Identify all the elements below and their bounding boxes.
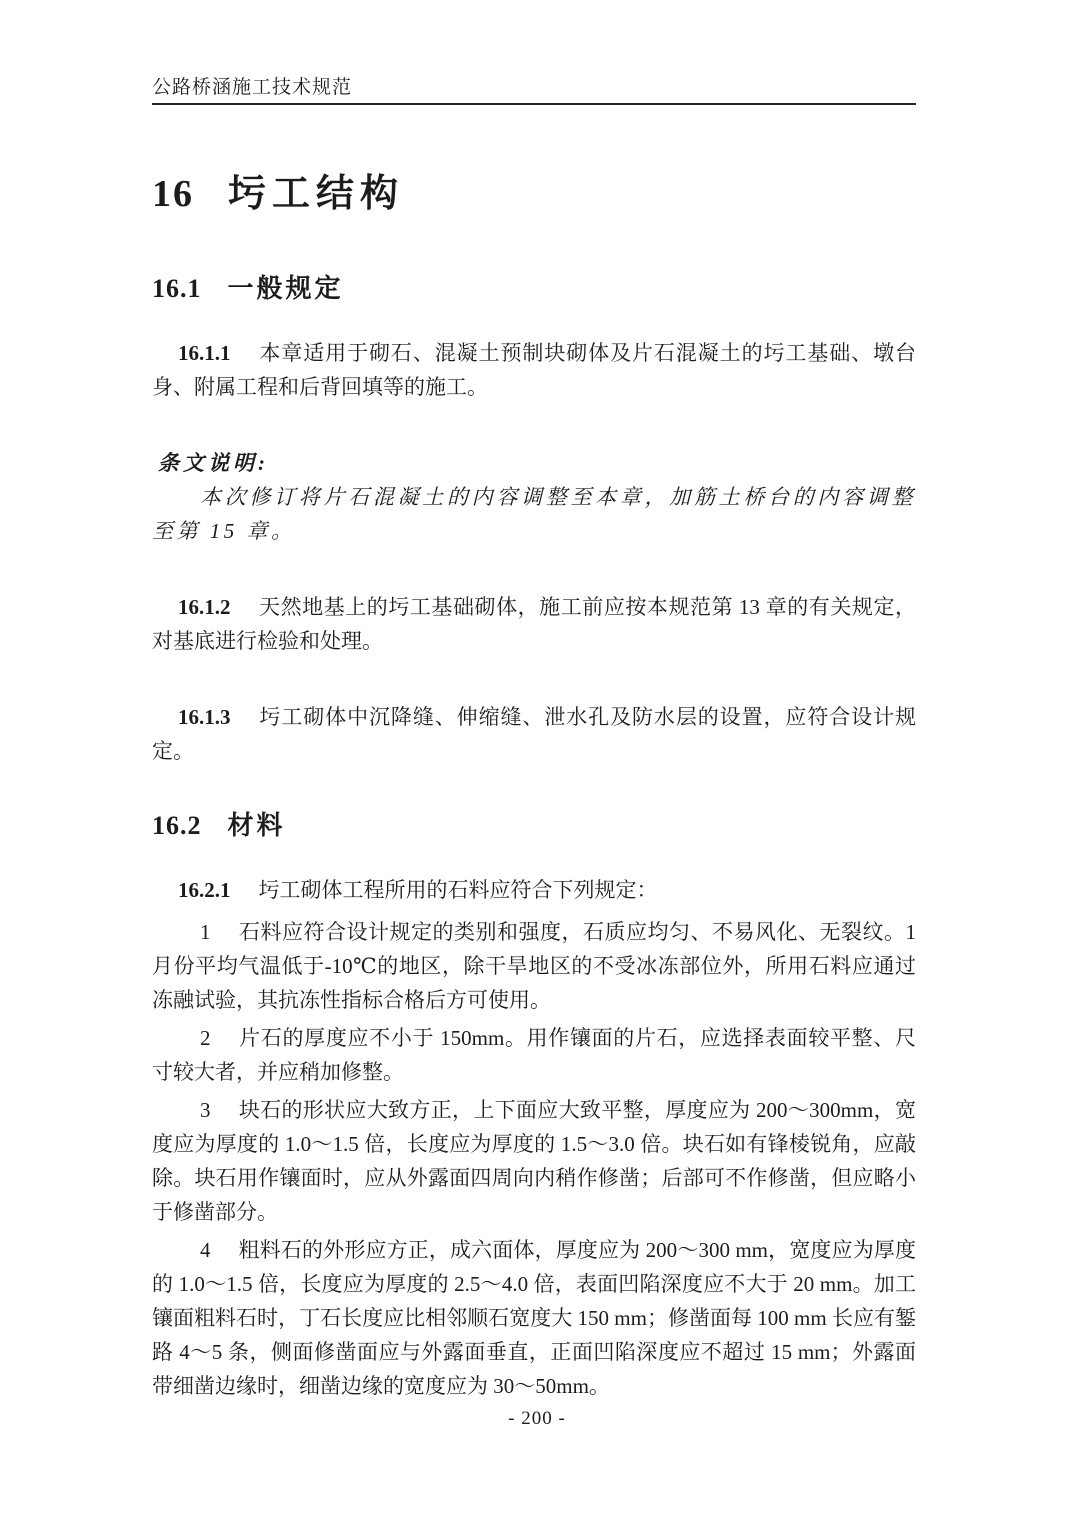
list-item-4: 4粗料石的外形应方正，成六面体，厚度应为 200～300 mm，宽度应为厚度的 … [152,1233,916,1403]
clause-16-1-3: 16.1.3圬工砌体中沉降缝、伸缩缝、泄水孔及防水层的设置，应符合设计规定。 [152,700,916,768]
section-16-1-title: 一般规定 [228,273,344,303]
list-item-1-number: 1 [200,920,211,944]
list-item-1-text: 石料应符合设计规定的类别和强度，石质应均匀、不易风化、无裂纹。1 月份平均气温低… [152,920,916,1012]
section-heading-16-1: 16.1一般规定 [152,273,916,304]
section-16-2-number: 16.2 [152,811,202,840]
list-item-3-text: 块石的形状应大致方正，上下面应大致平整，厚度应为 200～300mm，宽度应为厚… [152,1098,916,1224]
page-number: - 200 - [508,1408,566,1429]
list-item-1: 1石料应符合设计规定的类别和强度，石质应均匀、不易风化、无裂纹。1 月份平均气温… [152,915,916,1017]
clause-16-1-2-text: 天然地基上的圬工基础砌体，施工前应按本规范第 13 章的有关规定，对基底进行检验… [152,595,916,653]
running-header-title: 公路桥涵施工技术规范 [152,77,352,98]
clause-16-1-2-number: 16.1.2 [178,595,231,619]
clause-16-1-1-text: 本章适用于砌石、混凝土预制块砌体及片石混凝土的圬工基础、墩台身、附属工程和后背回… [152,341,916,399]
commentary-label: 条文说明: [152,446,916,480]
page-footer: - 200 - [0,1408,1074,1430]
running-header: 公路桥涵施工技术规范 [152,0,916,105]
list-item-3-number: 3 [200,1098,211,1122]
list-item-4-number: 4 [200,1238,211,1262]
section-16-2-title: 材料 [228,810,286,840]
clause-16-2-1-number: 16.2.1 [178,878,231,902]
page-content: 公路桥涵施工技术规范 16圬工结构 16.1一般规定 16.1.1本章适用于砌石… [152,0,916,1403]
chapter-heading: 16圬工结构 [152,171,916,217]
clause-16-2-1: 16.2.1圬工砌体工程所用的石料应符合下列规定： [152,873,916,907]
chapter-number: 16 [152,173,194,215]
list-item-4-text: 粗料石的外形应方正，成六面体，厚度应为 200～300 mm，宽度应为厚度的 1… [152,1238,916,1398]
section-16-1-number: 16.1 [152,274,202,303]
clause-16-2-1-text: 圬工砌体工程所用的石料应符合下列规定： [259,878,658,902]
list-item-2-number: 2 [200,1026,211,1050]
list-item-2-text: 片石的厚度应不小于 150mm。用作镶面的片石，应选择表面较平整、尺寸较大者，并… [152,1026,916,1084]
document-page: 公路桥涵施工技术规范 16圬工结构 16.1一般规定 16.1.1本章适用于砌石… [0,0,1074,1520]
clause-16-1-3-number: 16.1.3 [178,705,231,729]
list-item-2: 2片石的厚度应不小于 150mm。用作镶面的片石，应选择表面较平整、尺寸较大者，… [152,1021,916,1089]
list-item-3: 3块石的形状应大致方正，上下面应大致平整，厚度应为 200～300mm，宽度应为… [152,1093,916,1229]
chapter-title-text: 圬工结构 [228,173,404,215]
clause-16-1-2: 16.1.2天然地基上的圬工基础砌体，施工前应按本规范第 13 章的有关规定，对… [152,590,916,658]
clause-16-1-1: 16.1.1本章适用于砌石、混凝土预制块砌体及片石混凝土的圬工基础、墩台身、附属… [152,336,916,404]
commentary-text: 本次修订将片石混凝土的内容调整至本章，加筋土桥台的内容调整至第 15 章。 [152,480,916,548]
clause-16-1-3-text: 圬工砌体中沉降缝、伸缩缝、泄水孔及防水层的设置，应符合设计规定。 [152,705,916,763]
clause-16-1-1-number: 16.1.1 [178,341,231,365]
section-heading-16-2: 16.2材料 [152,810,916,841]
